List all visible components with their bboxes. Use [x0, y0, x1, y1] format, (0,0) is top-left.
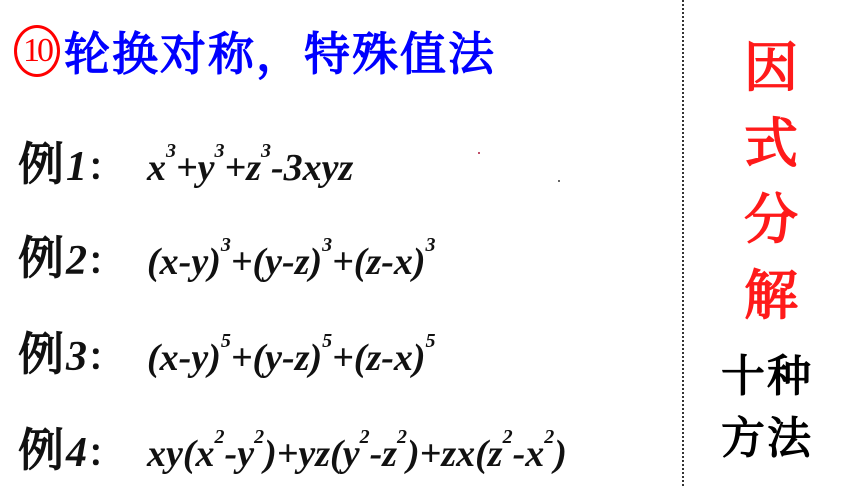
example-2: 例 2 ： (x-y)3+(y-z)3+(z-x)3: [18, 222, 436, 288]
sidebar-title-char: 式: [744, 106, 798, 182]
math-expression: (x-y)5+(y-z)5+(z-x)5: [147, 336, 436, 380]
sidebar-title-vertical: 因 式 分 解: [736, 30, 806, 334]
exponent: 2: [503, 426, 513, 448]
example-colon: ：: [87, 136, 125, 191]
example-3: 例 3 ： (x-y)5+(y-z)5+(z-x)5: [18, 318, 436, 384]
dotted-divider: [682, 0, 684, 486]
example-label: 例: [18, 222, 64, 288]
example-number: 2: [66, 237, 87, 285]
exponent: 3: [215, 140, 225, 162]
example-number: 4: [66, 429, 87, 477]
example-number: 1: [66, 143, 87, 191]
exponent: 3: [322, 234, 332, 256]
section-title: 10 轮换对称，特殊值法: [14, 20, 496, 82]
sidebar-subtitle-line: 方法: [721, 408, 813, 470]
exponent: 3: [221, 234, 231, 256]
exponent: 3: [426, 234, 436, 256]
exponent: 3: [166, 140, 176, 162]
exponent: 3: [261, 140, 271, 162]
exponent: 5: [322, 330, 332, 352]
example-colon: ：: [87, 230, 125, 285]
math-expression: xy(x2-y2)+yz(y2-z2)+zx(z2-x2): [147, 432, 567, 476]
exponent: 2: [254, 426, 264, 448]
exponent: 2: [360, 426, 370, 448]
example-number: 3: [66, 333, 87, 381]
sidebar-subtitle: 十种 方法: [712, 346, 822, 470]
example-label: 例: [18, 128, 64, 194]
example-colon: ：: [87, 326, 125, 381]
math-expression: x3+y3+z3-3xyz: [147, 146, 353, 190]
example-4: 例 4 ： xy(x2-y2)+yz(y2-z2)+zx(z2-x2): [18, 414, 567, 480]
circled-number-badge: 10: [14, 25, 60, 77]
example-label: 例: [18, 318, 64, 384]
math-expression: (x-y)3+(y-z)3+(z-x)3: [147, 240, 436, 284]
exponent: 5: [426, 330, 436, 352]
sidebar-subtitle-line: 十种: [721, 346, 813, 408]
exponent: 2: [397, 426, 407, 448]
exponent: 2: [215, 426, 225, 448]
sidebar-title-char: 分: [744, 182, 798, 258]
exponent: 5: [221, 330, 231, 352]
example-1: 例 1 ： x3+y3+z3-3xyz: [18, 128, 353, 194]
sidebar-title-char: 因: [744, 30, 798, 106]
example-label: 例: [18, 414, 64, 480]
sidebar-title-char: 解: [744, 258, 798, 334]
example-colon: ：: [87, 422, 125, 477]
exponent: 2: [544, 426, 554, 448]
decorative-speck: [478, 152, 480, 154]
section-title-text: 轮换对称，特殊值法: [64, 18, 496, 84]
decorative-speck: [558, 180, 560, 182]
